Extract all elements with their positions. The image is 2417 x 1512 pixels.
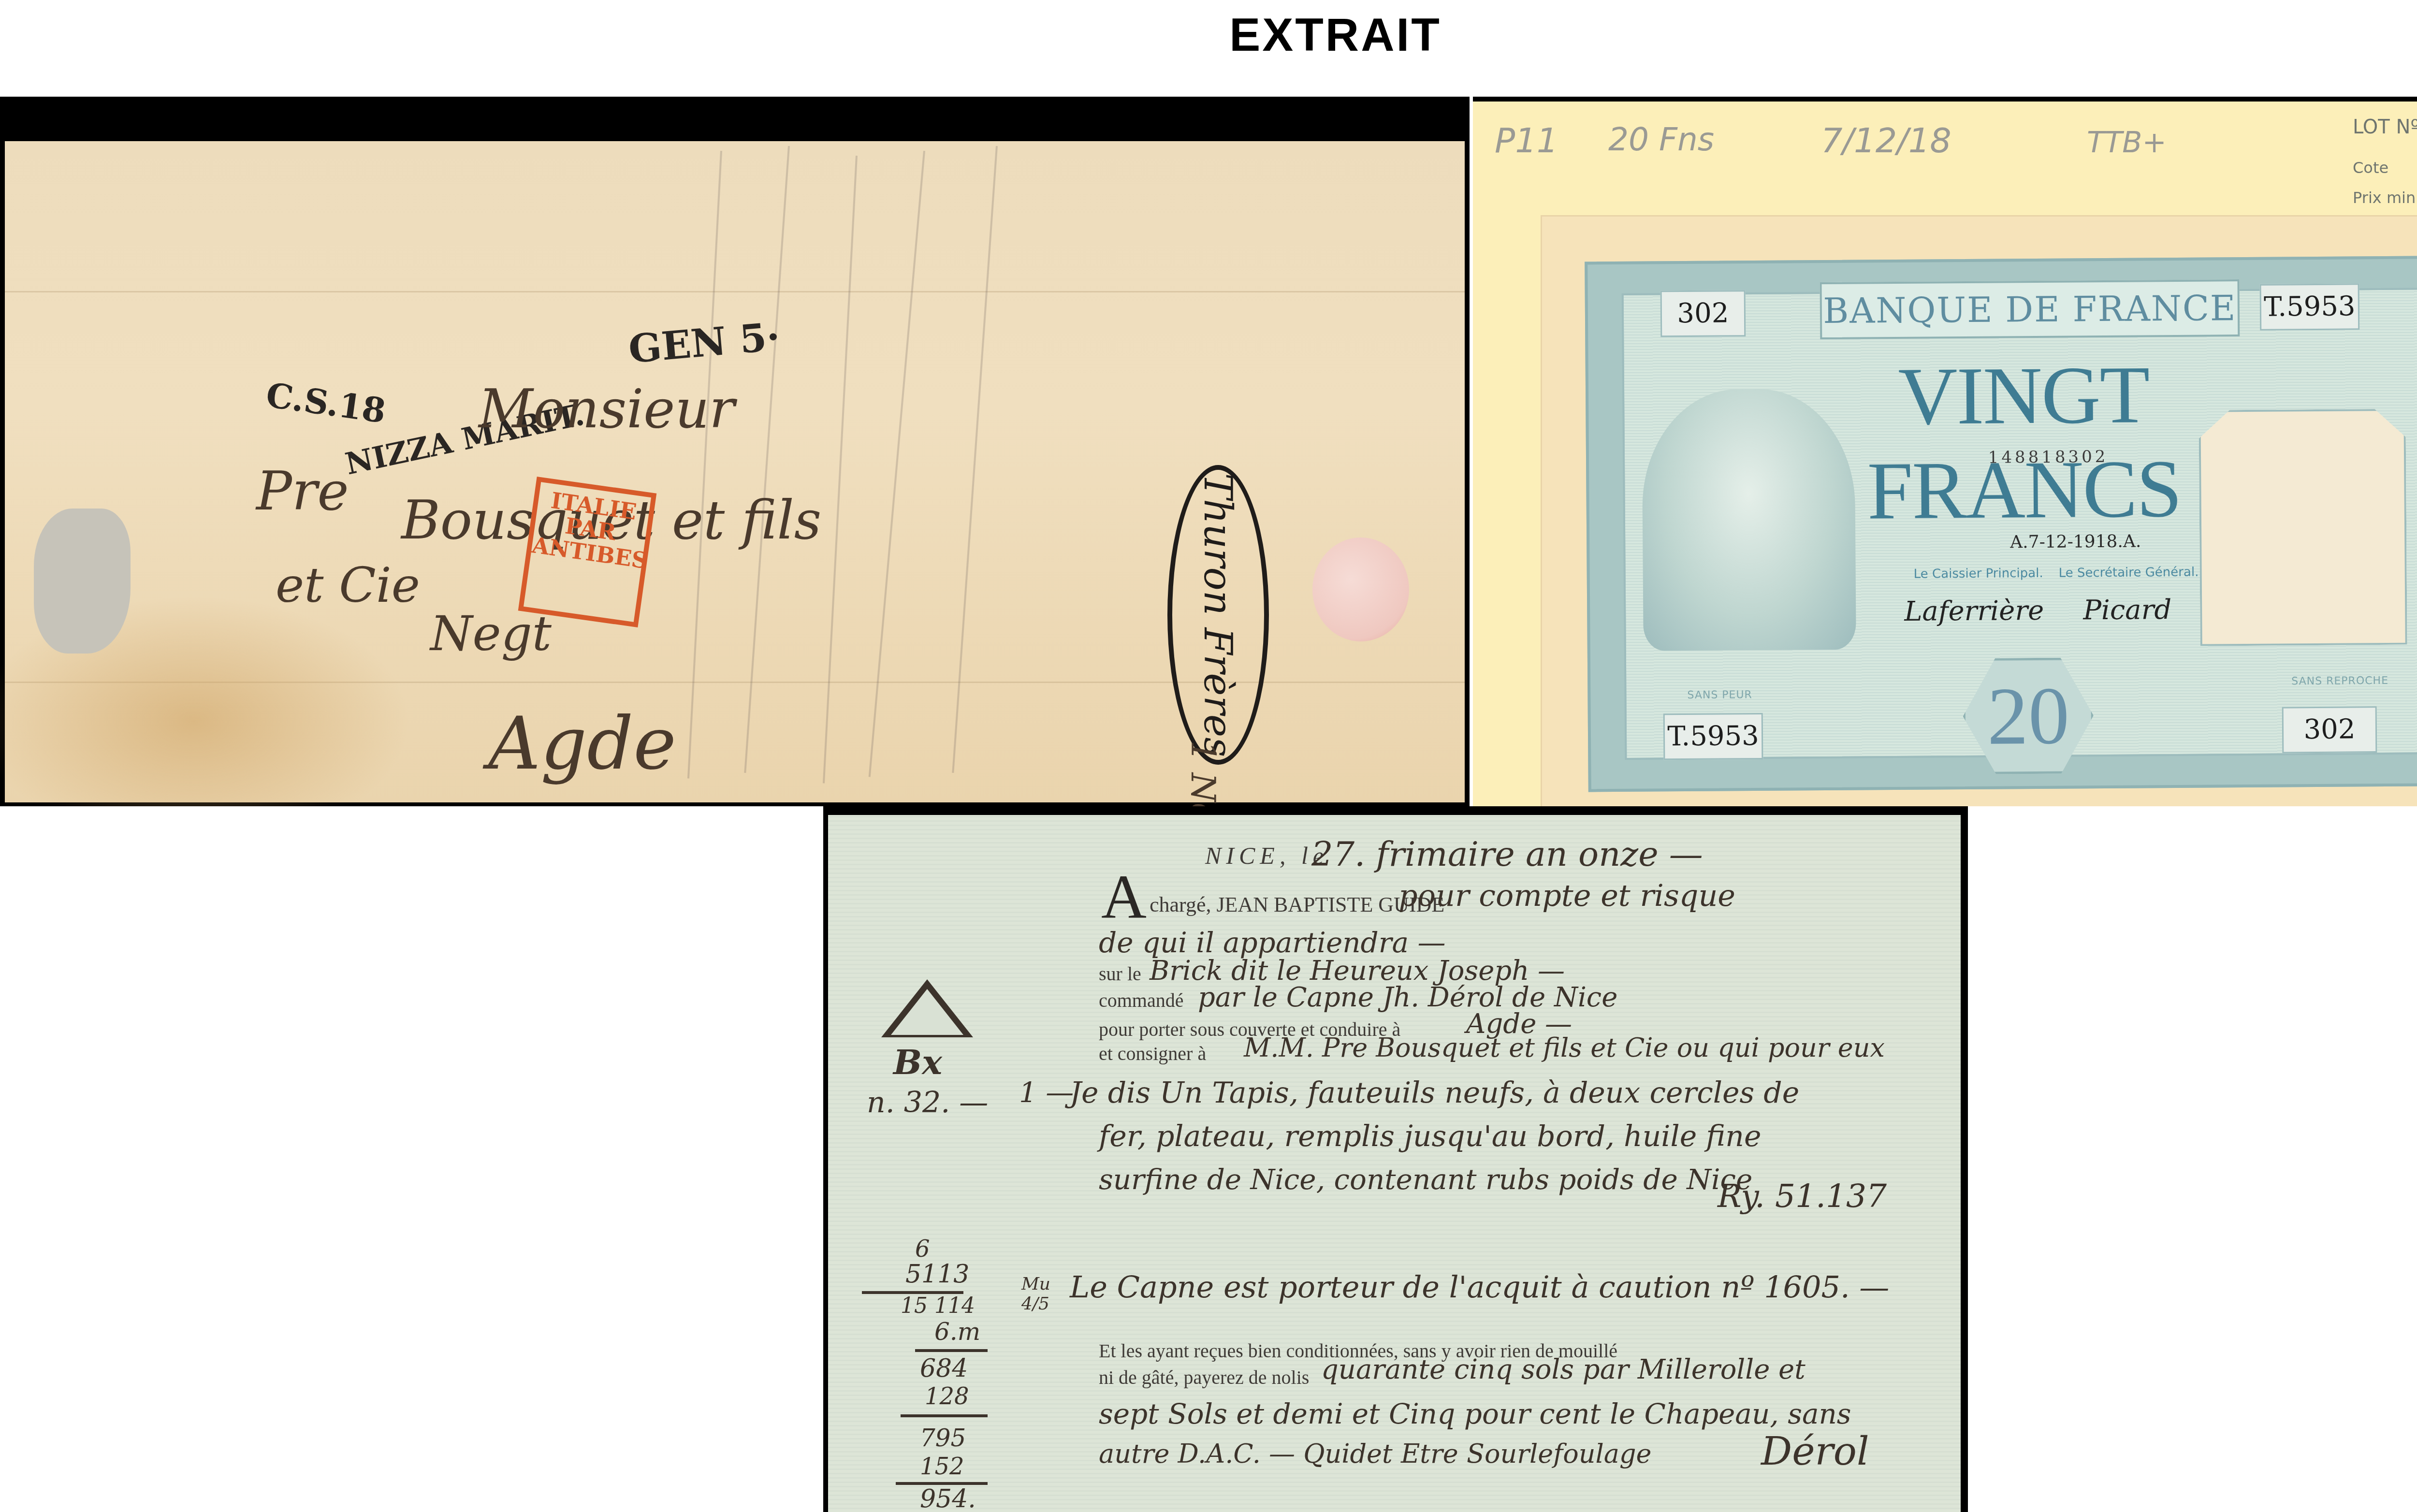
pencil-note-denomination: 20 Fns <box>1608 121 1714 158</box>
banknote-number-bottom: 302 <box>2282 706 2377 753</box>
receipt-paper: NICE, le 27. frimaire an onze — A chargé… <box>828 815 1961 1512</box>
serial-number: 148818302 <box>1927 447 2169 467</box>
line-appartiendra-hand: de qui il appartiendra — <box>1099 926 1445 959</box>
italie-par-antibes-cachet: ITALIE PAR ANTIBES <box>518 477 657 627</box>
address-line-monsieur: Monsieur <box>479 378 735 440</box>
address-line-negt: Negt <box>430 605 552 662</box>
merchant-mark-letters: Bx <box>893 1042 942 1082</box>
gen-postmark: GEN 5· <box>627 314 782 372</box>
item-quantity: 1 — <box>1019 1076 1074 1109</box>
terms-line-2-hand: quarante cinq sols par Millerolle et <box>1321 1354 1805 1385</box>
calc-line: 795 <box>920 1424 966 1452</box>
item-line-1: Je dis Un Tapis, fauteuils neufs, à deux… <box>1070 1076 1799 1110</box>
drop-cap: A <box>1101 861 1147 933</box>
captain-signature: Dérol <box>1761 1429 1869 1474</box>
cs-postmark: C.S.18 <box>263 375 388 431</box>
thuron-freres-oval-cachet: Thuron Frères <box>1167 465 1269 765</box>
pencil-stroke <box>869 151 925 777</box>
calc-line: 6.m <box>934 1318 980 1346</box>
motto-sans-peur: SANS PEUR <box>1687 689 1752 701</box>
prix-minimal-label: Prix minimal <box>2353 189 2417 207</box>
margin-note: Mu 4/5 <box>1021 1274 1060 1314</box>
line-charge-hand: pour compte et risque <box>1398 878 1735 913</box>
fold-line <box>5 291 1465 292</box>
pencil-stroke <box>823 156 858 783</box>
merchant-mark-number: n. 32. — <box>867 1086 988 1119</box>
calc-line: 684 <box>920 1354 968 1383</box>
bottom-notation: 1 Nov 24 <box>1183 741 1223 806</box>
address-line-pre: Pre <box>256 460 349 522</box>
bayard-portrait <box>1642 389 1856 651</box>
pencil-note-date: 7/12/18 <box>1821 121 1951 160</box>
caissier-label: Le Caissier Principal. <box>1914 566 2043 582</box>
address-line-agde: Agde <box>488 702 676 786</box>
motto-sans-reproche: SANS REPROCHE <box>2291 675 2388 687</box>
signature-caissier: Laferrière <box>1904 595 2044 627</box>
pencil-note-grade: TTB+ <box>2087 126 2167 160</box>
pencil-note-pick: P11 <box>1495 121 1558 160</box>
pencil-stroke <box>687 151 722 778</box>
bank-name: BANQUE DE FRANCE <box>1820 279 2240 339</box>
line-commande-print: commandé <box>1099 989 1184 1012</box>
banknote-number-top: 302 <box>1660 290 1746 337</box>
bill-of-lading-image: NICE, le 27. frimaire an onze — A chargé… <box>823 806 1968 1512</box>
calc-line: 15 114 <box>901 1294 975 1318</box>
calc-rule <box>915 1349 988 1352</box>
page-title: EXTRAIT <box>0 9 2417 62</box>
calc-line: 128 <box>925 1383 969 1410</box>
line-consignee-hand: M.M. Pre Bousquet et fils et Cie ou qui … <box>1244 1032 1885 1063</box>
dateline-print: NICE, le <box>1205 842 1328 870</box>
pencil-stroke <box>744 146 790 773</box>
watermark-window <box>2199 409 2407 646</box>
item-total-weight: Ry. 51.137 <box>1718 1178 1887 1215</box>
customs-line: Le Capne est porteur de l'acquit à cauti… <box>1070 1269 1889 1305</box>
item-line-3: surfine de Nice, contenant rubs poids de… <box>1099 1163 1752 1196</box>
lot-label: LOT Nº <box>2353 116 2417 138</box>
terms-line-2-print: ni de gâté, payerez de nolis <box>1099 1366 1309 1389</box>
letter-paper: GEN 5· C.S.18 NIZZA MARIT. Monsieur Pre … <box>5 141 1465 802</box>
terms-line-3-hand: sept Sols et demi et Cinq pour cent le C… <box>1099 1397 1851 1430</box>
red-wax-seal <box>1312 538 1409 641</box>
terms-line-4-hand: autre D.A.C. — Quidet Etre Sourlefoulage <box>1099 1439 1652 1469</box>
calc-rule <box>901 1414 988 1417</box>
cote-label: Cote <box>2353 159 2388 177</box>
calc-line: 5113 <box>905 1260 969 1289</box>
calc-total: 954. <box>920 1484 976 1512</box>
item-line-2: fer, plateau, remplis jusqu'au bord, hui… <box>1099 1119 1761 1153</box>
issue-date: A.7-12-1918.A. <box>2010 531 2141 552</box>
banknote-image: P11 20 Fns 7/12/18 TTB+ LOT Nº 4000 Cote… <box>1473 97 2417 806</box>
banknote-alphabet-top: T.5953 <box>2260 283 2360 330</box>
dateline-handwritten: 27. frimaire an onze — <box>1311 834 1703 874</box>
letter-image: GEN 5· C.S.18 NIZZA MARIT. Monsieur Pre … <box>0 97 1470 806</box>
calc-line: 6 <box>915 1236 930 1263</box>
line-consigner-print: et consigner à <box>1099 1042 1206 1065</box>
paper-tear <box>34 509 131 654</box>
secretaire-label: Le Secrétaire Général. <box>2059 565 2199 581</box>
banknote-20-francs: BANQUE DE FRANCE 302 T.5953 VINGT FRANCS… <box>1585 256 2417 792</box>
pencil-stroke <box>952 146 998 773</box>
address-line-cie: et Cie <box>276 557 420 613</box>
line-sur-le-print: sur le <box>1099 962 1141 985</box>
banknote-alphabet-bottom: T.5953 <box>1663 713 1763 760</box>
auction-card: P11 20 Fns 7/12/18 TTB+ LOT Nº 4000 Cote… <box>1473 102 2417 806</box>
merchant-mark-triangle <box>881 979 973 1037</box>
signature-secretaire: Picard <box>2083 594 2171 626</box>
calc-line: 152 <box>920 1453 964 1480</box>
